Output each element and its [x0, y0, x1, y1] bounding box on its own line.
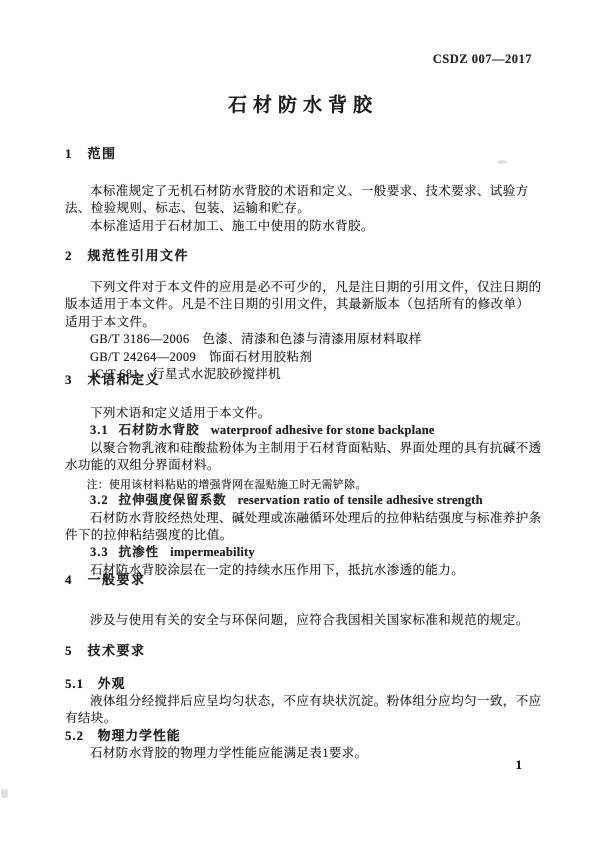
term-english: waterproof adhesive for stone backplane — [211, 423, 435, 437]
section-heading: 3 术语和定义 — [65, 372, 542, 388]
section-heading: 2 规范性引用文件 — [65, 248, 542, 264]
subsection-heading-physical-properties: 5.2 物理力学性能 — [65, 728, 542, 745]
scan-artifact — [1, 789, 8, 798]
scanned-document-page: CSDZ 007—2017 石材防水背胶 1 范围 本标准规定了无机石材防水背胶… — [0, 0, 600, 850]
paragraph: 石材防水背胶的物理力学性能应能满足表1要求。 — [65, 745, 542, 762]
term-english: impermeability — [170, 545, 255, 559]
term-note: 注：使用该材料粘贴的增强背网在湿贴施工时无需铲除。 — [65, 478, 542, 493]
section-heading: 5 技术要求 — [65, 643, 542, 659]
paragraph: 下列文件对于本文件的应用是必不可少的，凡是注日期的引用文件，仅注日期的版本适用于… — [65, 279, 542, 331]
term-number: 3.1 — [90, 423, 109, 437]
section-terms-definitions: 3 术语和定义 下列术语和定义适用于本文件。 3.1石材防水背胶waterpro… — [65, 372, 542, 579]
section-technical-requirements: 5 技术要求 5.1 外观 液体组分经搅拌后应呈均匀状态，不应有块状沉淀。粉体组… — [65, 643, 542, 762]
term-chinese: 石材防水背胶 — [119, 423, 200, 437]
section-normative-references: 2 规范性引用文件 下列文件对于本文件的应用是必不可少的，凡是注日期的引用文件，… — [65, 248, 542, 383]
term-definition: 石材防水背胶经热处理、碱处理或冻融循环处理后的拉伸粘结强度与标准养护条件下的拉伸… — [65, 510, 542, 545]
term-3-3: 3.3抗渗性impermeability — [65, 544, 542, 561]
doc-number: CSDZ 007—2017 — [433, 52, 532, 67]
term-english: reservation ratio of tensile adhesive st… — [238, 493, 483, 507]
page-title: 石材防水背胶 — [0, 90, 600, 117]
term-3-2: 3.2拉伸强度保留系数reservation ratio of tensile … — [65, 492, 542, 509]
term-3-1: 3.1石材防水背胶waterproof adhesive for stone b… — [65, 422, 542, 439]
subsection-heading-appearance: 5.1 外观 — [65, 676, 542, 693]
term-number: 3.3 — [90, 545, 109, 559]
term-chinese: 抗渗性 — [119, 545, 160, 559]
page-number: 1 — [516, 757, 523, 773]
reference-item: GB/T 3186—2006 色漆、清漆和色漆与清漆用原材料取样 — [65, 331, 542, 348]
section-scope: 1 范围 本标准规定了无机石材防水背胶的术语和定义、一般要求、技术要求、试验方法… — [65, 146, 542, 235]
paragraph: 下列术语和定义适用于本文件。 — [65, 405, 542, 422]
section-heading: 4 一般要求 — [65, 572, 542, 588]
section-heading: 1 范围 — [65, 146, 542, 162]
paragraph: 本标准规定了无机石材防水背胶的术语和定义、一般要求、技术要求、试验方法、检验规则… — [65, 183, 542, 218]
section-general-requirements: 4 一般要求 涉及与使用有关的安全与环保问题，应符合我国相关国家标准和规范的规定… — [65, 572, 542, 629]
term-chinese: 拉伸强度保留系数 — [119, 493, 227, 507]
reference-item: GB/T 24264—2009 饰面石材用胶粘剂 — [65, 349, 542, 366]
paragraph: 涉及与使用有关的安全与环保问题，应符合我国相关国家标准和规范的规定。 — [65, 612, 542, 629]
term-definition: 以聚合物乳液和硅酸盐粉体为主制用于石材背面粘贴、界面处理的具有抗碱不透水功能的双… — [65, 440, 542, 475]
scan-artifact — [497, 160, 507, 164]
paragraph: 液体组分经搅拌后应呈均匀状态，不应有块状沉淀。粉体组分应均匀一致，不应有结块。 — [65, 693, 542, 728]
paragraph: 本标准适用于石材加工、施工中使用的防水背胶。 — [65, 218, 542, 235]
term-number: 3.2 — [90, 493, 109, 507]
